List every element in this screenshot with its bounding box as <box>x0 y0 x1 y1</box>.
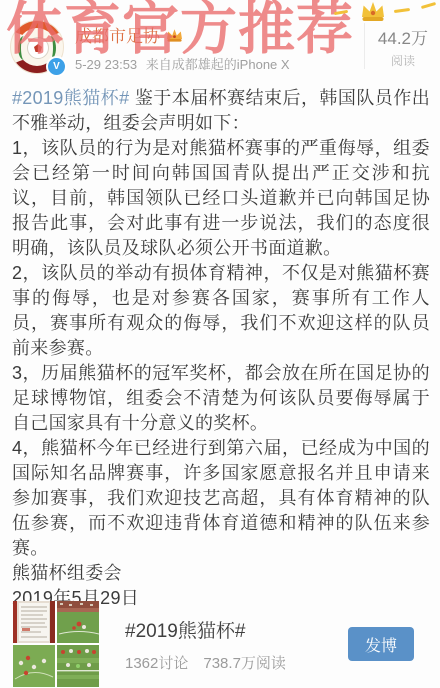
dash-decoration <box>334 10 348 15</box>
username[interactable]: 成都市足协 <box>75 22 160 47</box>
dash-decoration <box>394 8 410 13</box>
read-count-block: 44.2万 阅读 <box>364 23 432 69</box>
post-body: #2019熊猫杯# 鉴于本届杯赛结束后，韩国队员作出不雅举动，组委会声明如下： … <box>12 86 430 611</box>
author-meta: 成都市足协 5-29 23:53 来自成都雄起的iPhone X <box>75 20 290 73</box>
post-paragraph: 2，该队员的举动有损体育精神，不仅是对熊猫杯赛事的侮辱，也是对参赛各国家，赛事所… <box>12 261 430 361</box>
topic-card-meta: #2019熊猫杯# 1362讨论 738.7万阅读 <box>125 616 286 673</box>
post-paragraph: 3，历届熊猫杯的冠军奖杯，都会放在所在国足协的足球博物馆，组委会不清楚为何该队员… <box>12 361 430 436</box>
avatar[interactable]: V <box>10 20 64 74</box>
read-count-label: 阅读 <box>391 52 415 69</box>
post-paragraph-intro: #2019熊猫杯# 鉴于本届杯赛结束后，韩国队员作出不雅举动，组委会声明如下： <box>12 86 430 136</box>
post-paragraph: 1，该队员的行为是对熊猫杯赛事的严重侮辱，组委会已经第一时间向韩国国青队提出严正… <box>12 136 430 261</box>
topic-read-count: 738.7万阅读 <box>203 652 286 673</box>
dash-decoration <box>421 2 436 9</box>
discussion-count: 1362讨论 <box>125 652 188 673</box>
timestamp: 5-29 23:53 <box>75 57 137 72</box>
post-header: V 成都市足协 5-29 23:53 来自成都雄起的iPhone X 44.2万 <box>10 20 432 74</box>
post-paragraph: 4，熊猫杯今年已经进行到第六届，已经成为中国的国际知名品牌赛事，许多国家愿意报名… <box>12 436 430 561</box>
read-count: 44.2万 <box>378 24 428 49</box>
weibo-post-screen: V 成都市足协 5-29 23:53 来自成都雄起的iPhone X 44.2万 <box>0 0 440 688</box>
vip-crown-icon <box>165 28 184 43</box>
verified-badge-icon: V <box>46 56 67 77</box>
post-source[interactable]: 来自成都雄起的iPhone X <box>146 57 290 72</box>
topic-card[interactable]: #2019熊猫杯# 1362讨论 738.7万阅读 发博 <box>13 601 432 687</box>
topic-card-stats: 1362讨论 738.7万阅读 <box>125 652 286 673</box>
compose-post-button[interactable]: 发博 <box>348 627 414 661</box>
post-meta-row: 5-29 23:53 来自成都雄起的iPhone X <box>75 54 290 73</box>
topic-thumbnail-collage <box>13 601 99 687</box>
post-signature: 熊猫杯组委会 <box>12 561 430 586</box>
topic-link[interactable]: #2019熊猫杯# <box>12 88 129 108</box>
topic-card-title[interactable]: #2019熊猫杯# <box>125 616 286 643</box>
